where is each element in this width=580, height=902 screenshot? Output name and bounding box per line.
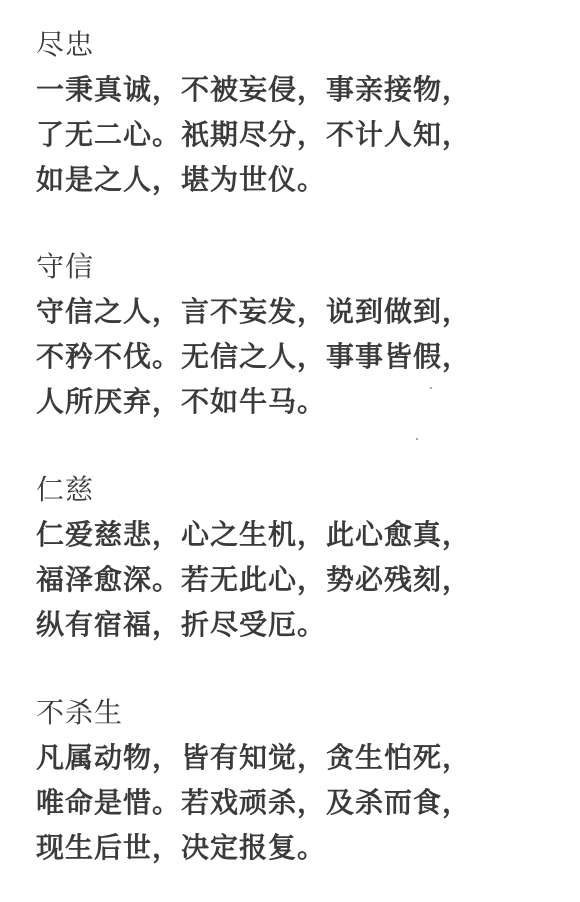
text-line: 了无二心。祇期尽分，不计人知，: [36, 112, 471, 157]
text-line: 福泽愈深。若无此心，势必残刻，: [36, 557, 471, 602]
text-line: 守信之人，言不妄发，说到做到，: [36, 289, 471, 334]
text-line: 凡属动物，皆有知觉，贪生怕死，: [36, 735, 471, 780]
image-artifact-speck: [430, 387, 432, 389]
section-loyalty: 尽忠 一秉真诚，不被妄侵，事亲接物， 了无二心。祇期尽分，不计人知， 如是之人，…: [36, 22, 471, 202]
section-benevolence: 仁慈 仁爱慈悲，心之生机，此心愈真， 福泽愈深。若无此心，势必残刻， 纵有宿福，…: [36, 467, 471, 647]
text-line: 唯命是惜。若戏顽杀，及杀而食，: [36, 780, 471, 825]
text-line: 现生后世，决定报复。: [36, 825, 471, 870]
section-title: 守信: [36, 244, 471, 289]
section-title: 仁慈: [36, 467, 471, 512]
section-no-killing: 不杀生 凡属动物，皆有知觉，贪生怕死， 唯命是惜。若戏顽杀，及杀而食， 现生后世…: [36, 690, 471, 870]
text-line: 如是之人，堪为世仪。: [36, 157, 471, 202]
text-line: 纵有宿福，折尽受厄。: [36, 602, 471, 647]
section-title: 尽忠: [36, 22, 471, 67]
text-line: 仁爱慈悲，心之生机，此心愈真，: [36, 512, 471, 557]
section-title: 不杀生: [36, 690, 471, 735]
text-line: 一秉真诚，不被妄侵，事亲接物，: [36, 67, 471, 112]
section-trustworthiness: 守信 守信之人，言不妄发，说到做到， 不矜不伐。无信之人，事事皆假， 人所厌弃，…: [36, 244, 471, 424]
text-line: 人所厌弃，不如牛马。: [36, 379, 471, 424]
image-artifact-speck: [416, 438, 418, 440]
text-line: 不矜不伐。无信之人，事事皆假，: [36, 334, 471, 379]
